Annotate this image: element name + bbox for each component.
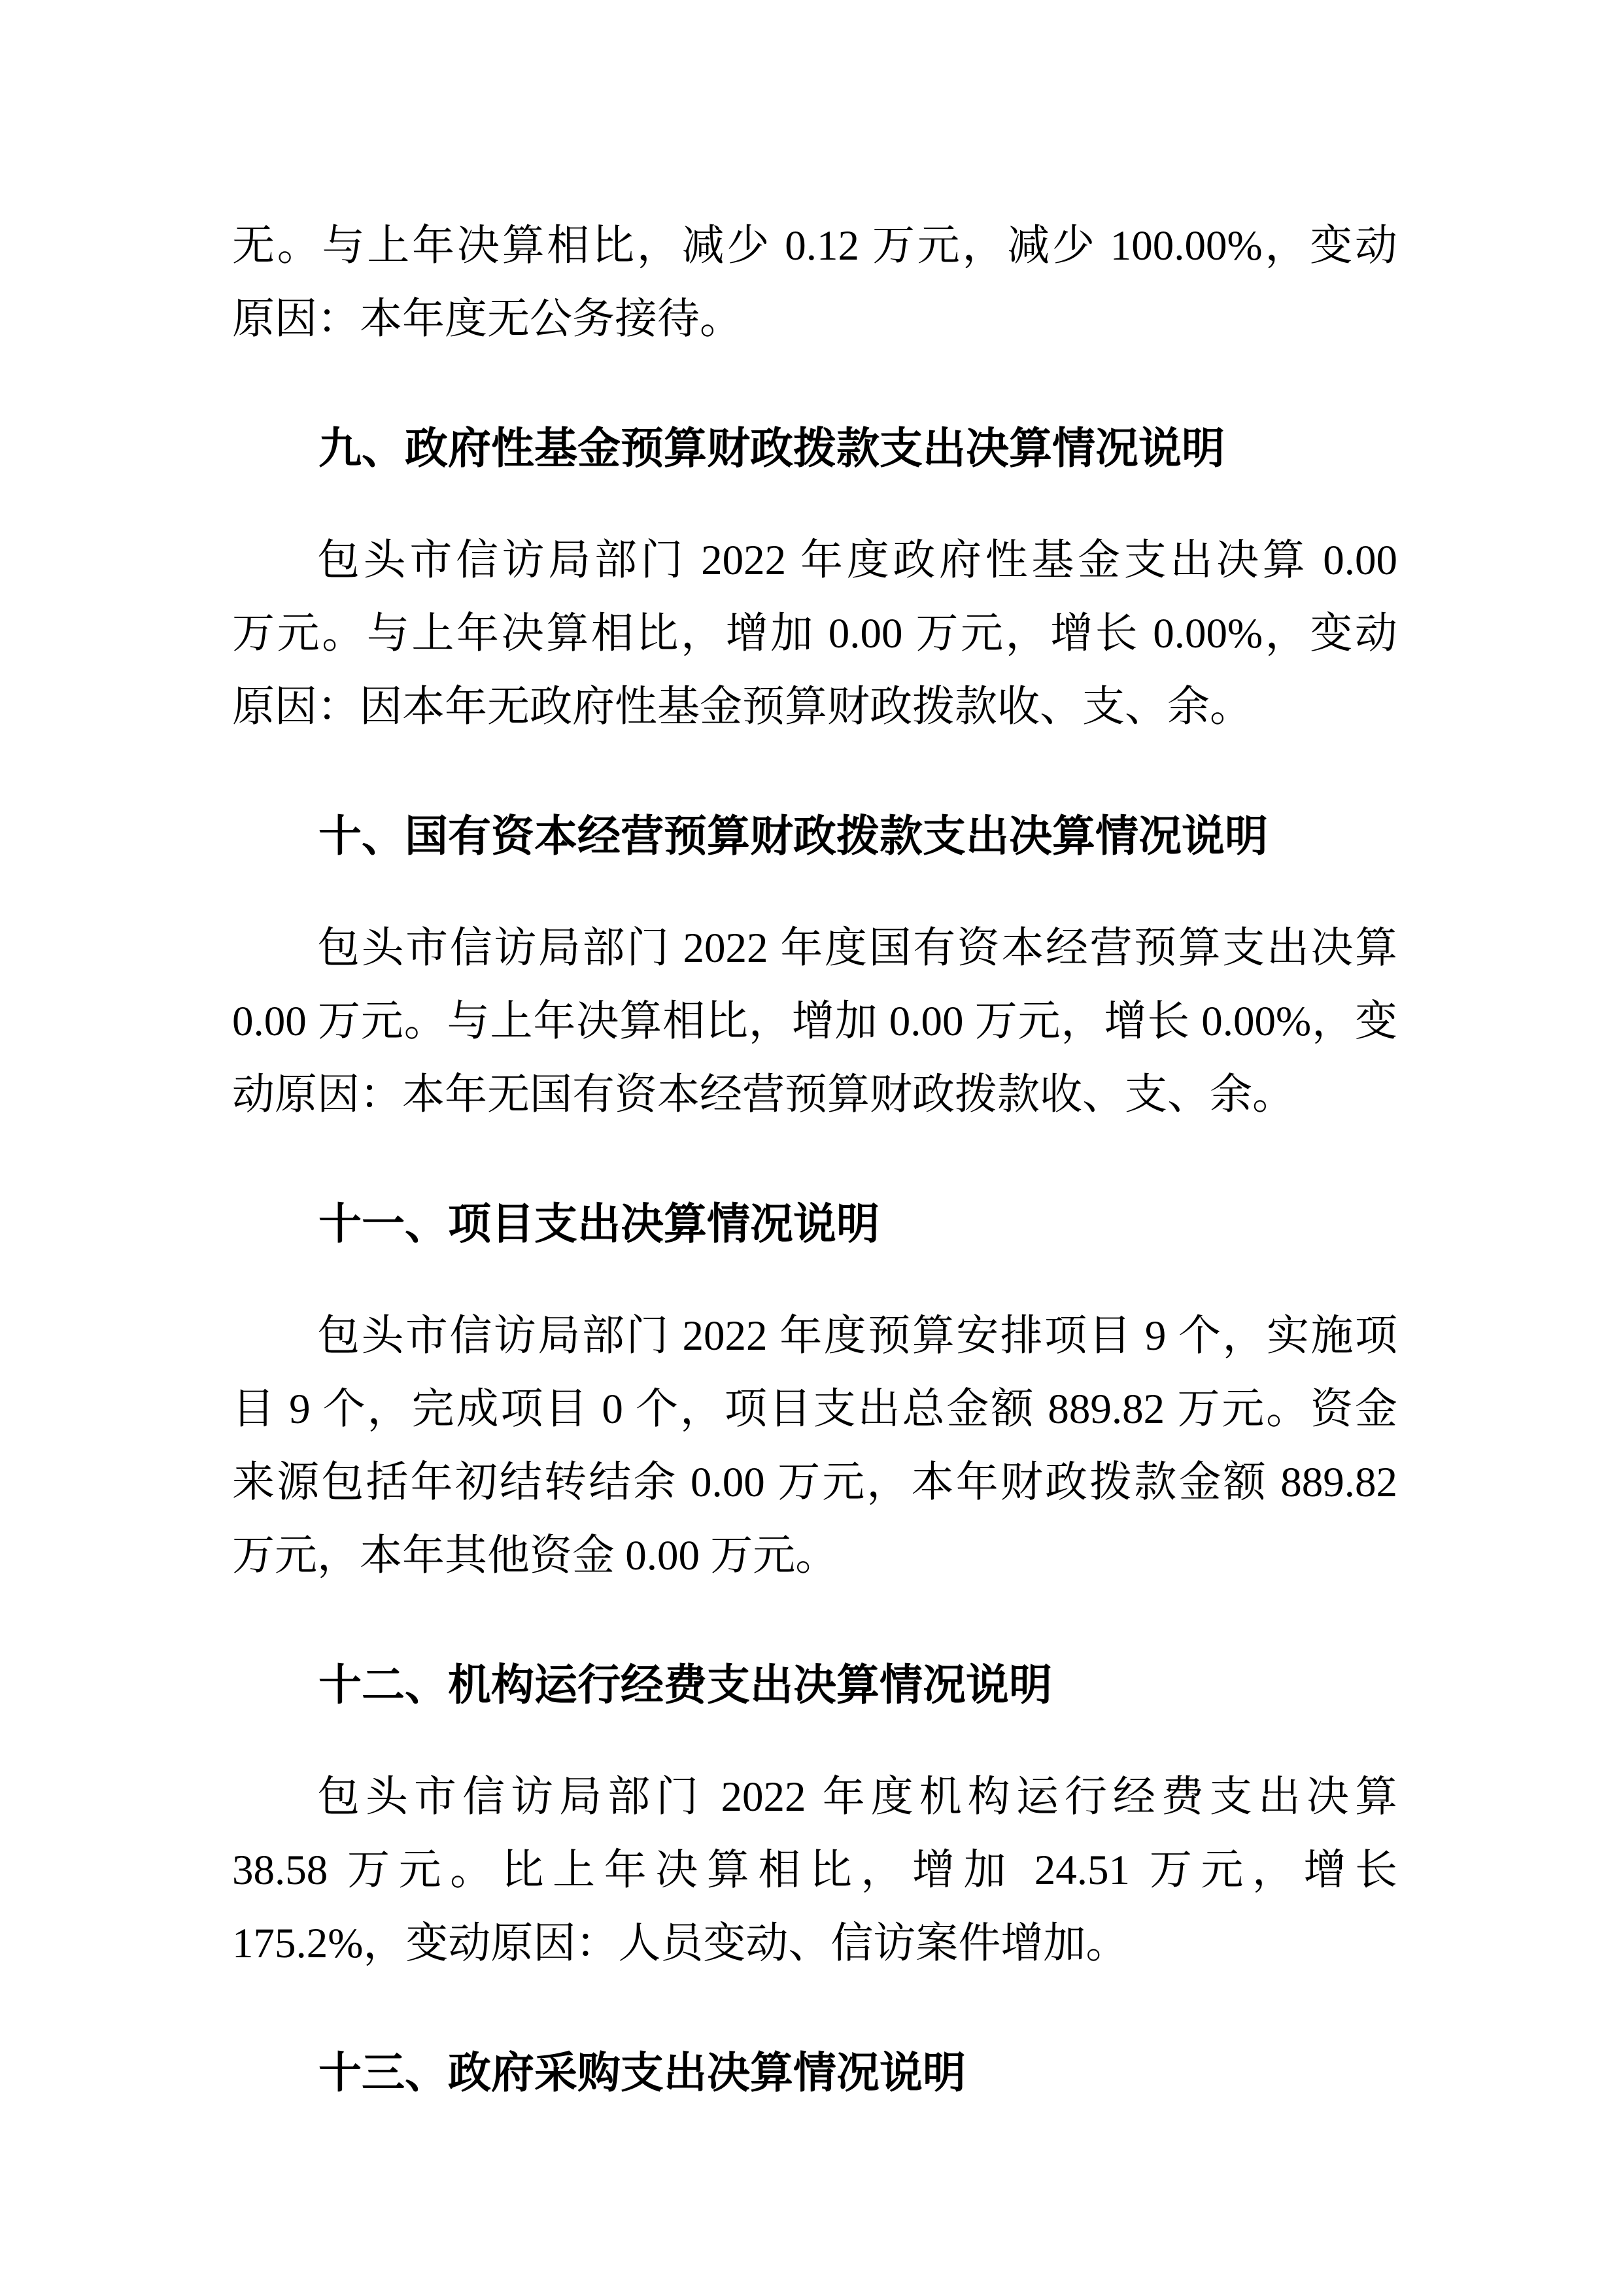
text-line: 无。与上年决算相比，减少 0.12 万元，减少 100.00%，变动 [232, 209, 1397, 283]
text-line: 175.2%，变动原因：人员变动、信访案件增加。 [232, 1907, 1397, 1980]
text-line: 包头市信访局部门 2022 年度政府性基金支出决算 0.00 [232, 524, 1397, 597]
text-line: 目 9 个，完成项目 0 个，项目支出总金额 889.82 万元。资金 [232, 1373, 1397, 1446]
section-heading-10: 十、国有资本经营预算财政拨款支出决算情况说明 [232, 799, 1397, 872]
text-line: 包头市信访局部门 2022 年度国有资本经营预算支出决算 [232, 912, 1397, 985]
text-line: 原因：因本年无政府性基金预算财政拨款收、支、余。 [232, 670, 1397, 744]
text-line: 包头市信访局部门 2022 年度预算安排项目 9 个，实施项 [232, 1299, 1397, 1373]
section-heading-13: 十三、政府采购支出决算情况说明 [232, 2036, 1397, 2109]
section-heading-9: 九、政府性基金预算财政拨款支出决算情况说明 [232, 411, 1397, 485]
document-page: 无。与上年决算相比，减少 0.12 万元，减少 100.00%，变动 原因：本年… [0, 0, 1623, 2296]
text-line: 38.58 万元。比上年决算相比，增加 24.51 万元，增长 [232, 1834, 1397, 1907]
text-line: 万元。与上年决算相比，增加 0.00 万元，增长 0.00%，变动 [232, 597, 1397, 670]
document-content: 无。与上年决算相比，减少 0.12 万元，减少 100.00%，变动 原因：本年… [0, 0, 1623, 2109]
section-heading-11: 十一、项目支出决算情况说明 [232, 1187, 1397, 1260]
paragraph-section-9: 包头市信访局部门 2022 年度政府性基金支出决算 0.00 万元。与上年决算相… [232, 524, 1397, 744]
text-line: 动原因：本年无国有资本经营预算财政拨款收、支、余。 [232, 1058, 1397, 1131]
paragraph-section-12: 包头市信访局部门 2022 年度机构运行经费支出决算 38.58 万元。比上年决… [232, 1760, 1397, 1980]
paragraph-section-11: 包头市信访局部门 2022 年度预算安排项目 9 个，实施项 目 9 个，完成项… [232, 1299, 1397, 1592]
text-line: 0.00 万元。与上年决算相比，增加 0.00 万元，增长 0.00%，变 [232, 985, 1397, 1058]
text-line: 来源包括年初结转结余 0.00 万元，本年财政拨款金额 889.82 [232, 1446, 1397, 1519]
text-line: 万元，本年其他资金 0.00 万元。 [232, 1519, 1397, 1592]
text-line: 包头市信访局部门 2022 年度机构运行经费支出决算 [232, 1760, 1397, 1834]
section-heading-12: 十二、机构运行经费支出决算情况说明 [232, 1648, 1397, 1721]
text-line: 原因：本年度无公务接待。 [232, 283, 1397, 356]
paragraph-intro-continuation: 无。与上年决算相比，减少 0.12 万元，减少 100.00%，变动 原因：本年… [232, 209, 1397, 356]
paragraph-section-10: 包头市信访局部门 2022 年度国有资本经营预算支出决算 0.00 万元。与上年… [232, 912, 1397, 1131]
